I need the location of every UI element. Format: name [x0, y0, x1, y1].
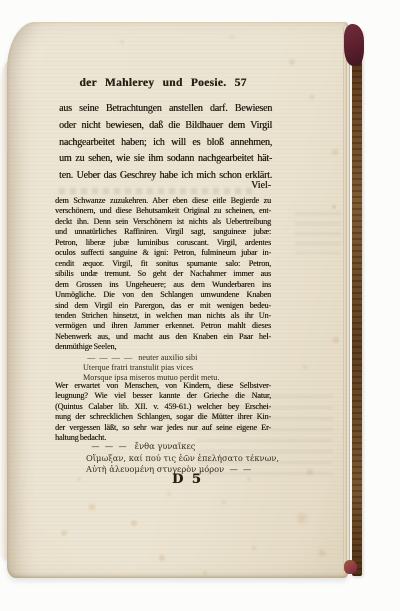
footnote-line: dem Schwanze zuzukehren. Aber eben diese…: [55, 196, 271, 206]
running-title: der Mahlerey und Poesie.: [79, 77, 226, 89]
footnote-line: Wer erwartet von Menschen, von Kindern, …: [55, 381, 271, 391]
footnote-line: dem Grossen ins Ungeheuere; aus dem Wund…: [55, 280, 271, 290]
footnote-line: deckt ihn. Denn sein Verschönern ist nic…: [55, 217, 271, 227]
footnote-line: denmüthige Seelen,: [55, 342, 271, 352]
leather-corner-bottom: [344, 560, 357, 574]
footnote-line: der vergessen läßt, so sehr war jedes nu…: [55, 423, 271, 433]
main-text-line: oder nicht bewiesen, daß die Bildhauer d…: [59, 118, 272, 135]
footnote-line: leugnung? Wie viel besser kannte der Gri…: [55, 391, 271, 401]
footnote-line: nung der schrecklichen Schlangen, sogar …: [55, 412, 271, 422]
leather-corner-top: [344, 24, 364, 66]
greek-verse-line: Οἴμωξαν, καί πού τις ἑῶν ἐπελήσατο τέκνω…: [86, 453, 276, 465]
footnote-line: Nebenwerk aus, und macht aus den Knaben …: [55, 332, 271, 342]
footnote-line: sibilis undæ tremunt. So geht der Nachah…: [55, 269, 271, 279]
footnote-line: (Quintus Calaber lib. XII. v. 459-61.) w…: [55, 402, 271, 412]
footnote-line: vermögen und ihren Jammer erkennet. Petr…: [55, 321, 271, 331]
book-fore-edge: [343, 27, 350, 573]
foxing-spots: [7, 22, 11, 26]
latin-verse-line: — — — — neuter auxilio sibi: [83, 353, 273, 363]
footnote-line: Petron, liberæ jubæ luminibus coruscant.…: [55, 238, 271, 248]
photo-background: der Mahlerey und Poesie. 57 aus seine Be…: [0, 0, 400, 611]
footnote-line: cendit æquor. Virgil, fit sonitus spuman…: [55, 259, 271, 269]
footnote-paragraph-1: dem Schwanze zuzukehren. Aber eben diese…: [55, 196, 271, 353]
main-text-paragraph: aus seine Betrachtungen anstellen darf. …: [59, 101, 272, 185]
latin-verse-line: Uterque fratri transtulit pias vices: [83, 363, 273, 373]
footnote-line: tenden Strichen hinsetzt, in welchen man…: [55, 311, 271, 321]
latin-verse-quotation: — — — — neuter auxilio sibiUterque fratr…: [83, 353, 273, 383]
main-text-line: aus seine Betrachtungen anstellen darf. …: [59, 101, 272, 118]
greek-verse-line: — — — ἔνθα γυναῖκες: [86, 441, 276, 453]
main-text-line: um zu sehen, wie sie ihm sodann nachgear…: [59, 151, 272, 168]
page-number: 57: [235, 77, 247, 89]
book-page: der Mahlerey und Poesie. 57 aus seine Be…: [7, 22, 348, 578]
footnote-line: Unmögliche. Die von den Schlangen umwund…: [55, 290, 271, 300]
footnote-line: sind dem Virgil ein Parergon, das er mit…: [55, 301, 271, 311]
leather-cover-edge: [352, 30, 362, 576]
signature-mark: D 5: [172, 472, 203, 487]
footnote-paragraph-2: Wer erwartet von Menschen, von Kindern, …: [55, 381, 271, 444]
footnote-line: oculos suffecti sanguine & igni: Petron,…: [55, 248, 271, 258]
footnote-line: und unnatürliches Raffiniren. Virgil sag…: [55, 227, 271, 237]
main-text-line: nachgearbeitet haben; ich will es bloß a…: [59, 135, 272, 152]
running-header: der Mahlerey und Poesie. 57: [55, 77, 271, 89]
catchword: Viel-: [59, 180, 271, 191]
verso-show-through: [295, 212, 341, 254]
footnote-line: verschönern, und diese Behutsamkeit Orig…: [55, 206, 271, 216]
greek-verse-quotation: — — — ἔνθα γυναῖκεςΟἴμωξαν, καί πού τις …: [86, 441, 276, 476]
